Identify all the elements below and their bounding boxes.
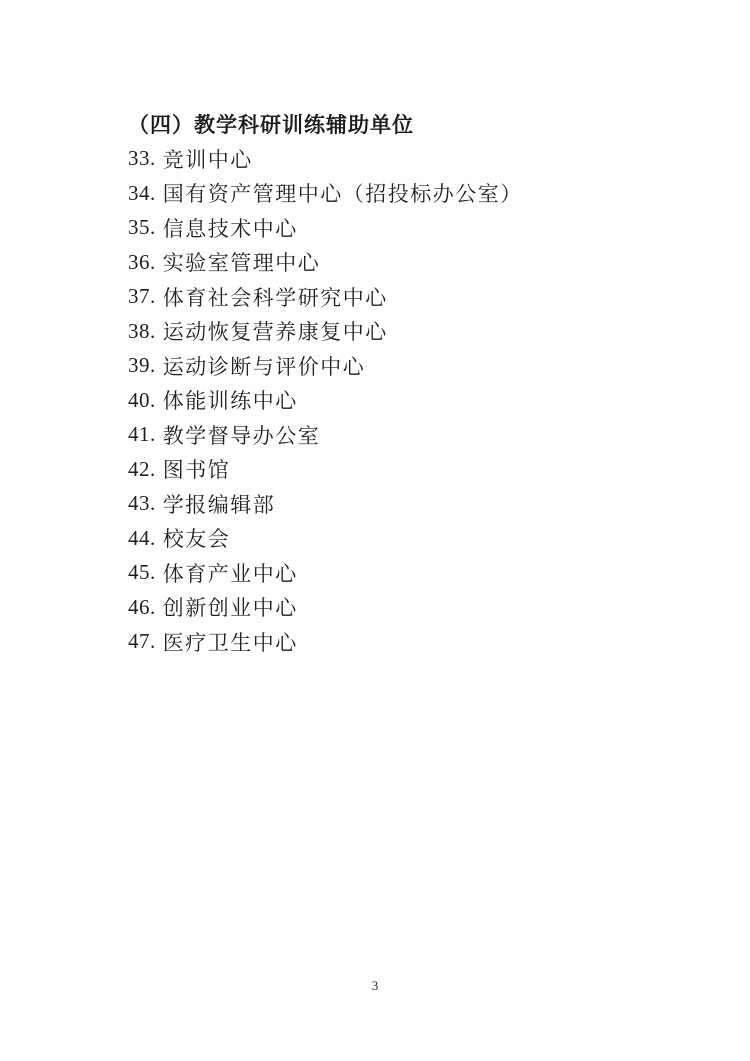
item-number: 41.	[128, 422, 156, 447]
document-body: （四）教学科研训练辅助单位 33. 竞训中心 34. 国有资产管理中心（招投标办…	[128, 107, 690, 659]
list-item: 46. 创新创业中心	[128, 590, 690, 625]
item-name: 实验室管理中心	[163, 247, 321, 277]
list-item: 34. 国有资产管理中心（招投标办公室）	[128, 176, 690, 211]
item-number: 42.	[128, 457, 156, 482]
item-number: 37.	[128, 284, 156, 309]
item-number: 34.	[128, 181, 156, 206]
item-name: 体能训练中心	[163, 385, 298, 415]
item-name: 创新创业中心	[163, 592, 298, 622]
item-number: 47.	[128, 629, 156, 654]
item-number: 40.	[128, 388, 156, 413]
item-name: 竞训中心	[163, 144, 253, 174]
list-item: 38. 运动恢复营养康复中心	[128, 314, 690, 349]
list-item: 36. 实验室管理中心	[128, 245, 690, 280]
item-name: 教学督导办公室	[163, 420, 321, 450]
list-item: 41. 教学督导办公室	[128, 418, 690, 453]
list-item: 45. 体育产业中心	[128, 556, 690, 591]
item-number: 33.	[128, 146, 156, 171]
item-name: 医疗卫生中心	[163, 627, 298, 657]
item-name: 体育社会科学研究中心	[163, 282, 388, 312]
item-number: 44.	[128, 526, 156, 551]
item-name: 体育产业中心	[163, 558, 298, 588]
list-item: 44. 校友会	[128, 521, 690, 556]
item-number: 35.	[128, 215, 156, 240]
list-item: 42. 图书馆	[128, 452, 690, 487]
item-number: 43.	[128, 491, 156, 516]
list-item: 39. 运动诊断与评价中心	[128, 349, 690, 384]
list-item: 43. 学报编辑部	[128, 487, 690, 522]
list-item: 37. 体育社会科学研究中心	[128, 280, 690, 315]
list-item: 47. 医疗卫生中心	[128, 625, 690, 660]
item-name: 学报编辑部	[163, 489, 276, 519]
item-number: 38.	[128, 319, 156, 344]
page-number: 3	[0, 978, 750, 994]
list-item: 33. 竞训中心	[128, 142, 690, 177]
item-name: 校友会	[163, 523, 231, 553]
document-page: （四）教学科研训练辅助单位 33. 竞训中心 34. 国有资产管理中心（招投标办…	[0, 0, 750, 1061]
item-number: 36.	[128, 250, 156, 275]
item-number: 45.	[128, 560, 156, 585]
item-name: 运动诊断与评价中心	[163, 351, 366, 381]
item-number: 39.	[128, 353, 156, 378]
item-name: 信息技术中心	[163, 213, 298, 243]
list-item: 40. 体能训练中心	[128, 383, 690, 418]
item-name: 运动恢复营养康复中心	[163, 316, 388, 346]
item-name: 图书馆	[163, 454, 231, 484]
item-number: 46.	[128, 595, 156, 620]
item-name: 国有资产管理中心（招投标办公室）	[163, 178, 523, 208]
section-heading: （四）教学科研训练辅助单位	[128, 107, 690, 142]
list-item: 35. 信息技术中心	[128, 211, 690, 246]
